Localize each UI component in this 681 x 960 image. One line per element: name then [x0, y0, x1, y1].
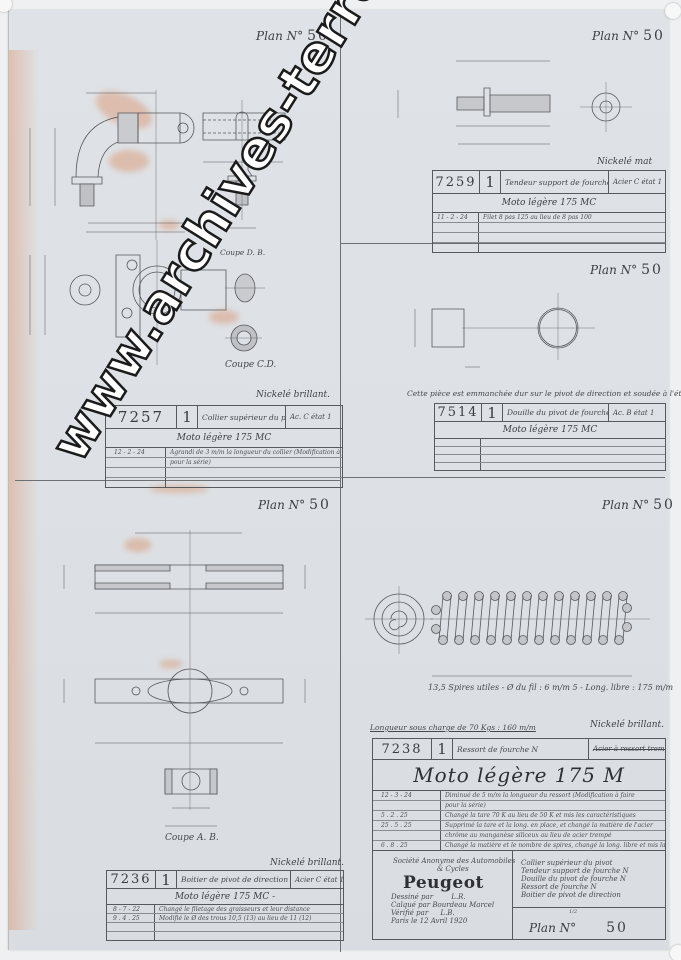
ressort-spring-drawing	[365, 586, 650, 676]
spring-spec: 13,5 Spires utiles - Ø du fil : 6 m/m 5 …	[428, 683, 673, 692]
modification-row	[435, 447, 665, 455]
model-name: Moto légère 175 MC	[106, 429, 342, 448]
parts-list-item: Douille du pivot de fourche N	[521, 875, 665, 883]
modifications-table: 12 - 2 - 24Agrandi de 3 m/m la longueur …	[106, 448, 342, 487]
modification-row: chrôme au manganèse siliceux au lieu de …	[373, 831, 665, 841]
checked-by: Vérifié par L.B.	[391, 909, 512, 917]
plan-number-footer: Plan N°50	[529, 920, 628, 936]
part-quantity: 1	[432, 739, 453, 759]
part-number: 7259	[433, 171, 480, 193]
section-label-cd: Coupe C.D.	[225, 360, 276, 370]
parts-list-block: Collier supérieur du pivot Tendeur suppo…	[513, 851, 665, 939]
douille-bushing-drawing	[415, 293, 595, 367]
part-description: Boitier de pivot de direction	[177, 871, 291, 888]
parts-list-item: Boitier de pivot de direction	[521, 891, 665, 899]
part-quantity: 1	[177, 406, 198, 428]
section-label-ab: Coupe A. B.	[165, 833, 219, 843]
modification-row: 6 . 8 . 25Changé la matière et le nombre…	[373, 841, 665, 851]
main-title-block: Société Anonyme des Automobiles & Cycles…	[373, 851, 665, 939]
part-number: 7236	[107, 871, 156, 888]
part-material: Acier C état 1	[291, 871, 343, 888]
titleblock-7236: 7236 1 Boitier de pivot de direction Aci…	[106, 870, 344, 941]
finish-note-7259: Nickelé mat	[597, 157, 652, 167]
part-quantity: 1	[480, 171, 501, 193]
modification-row	[107, 932, 343, 940]
modifications-table: 12 - 3 - 24Diminué de 5 m/m la longueur …	[373, 791, 665, 851]
section-ab-drawing	[165, 769, 217, 826]
boitier-drawing	[64, 530, 305, 810]
modification-row	[435, 463, 665, 470]
spring-load-note: Longueur sous charge de 70 Kgs : 160 m/m	[370, 723, 536, 732]
company-block: Société Anonyme des Automobiles & Cycles…	[373, 851, 513, 939]
modification-row: pour la série)	[106, 458, 342, 468]
modification-row: 12 - 2 - 24Agrandi de 3 m/m la longueur …	[106, 448, 342, 458]
part-description: Ressort de fourche N	[453, 739, 589, 759]
modification-row	[433, 233, 665, 243]
model-name: Moto légère 175 MC -	[107, 889, 343, 905]
part-material: Ac. B état 1	[609, 404, 665, 421]
part-description: Collier supérieur du pivot	[198, 406, 286, 428]
modification-row: 11 - 2 - 24Filet 8 pas 125 au lieu de 8 …	[433, 213, 665, 223]
modification-row	[106, 468, 342, 478]
section-cd-drawing	[225, 325, 262, 351]
plan-number-cell: 1/2 Plan N°50	[513, 908, 665, 939]
traced-by: Calqué par Bourdeau Marcel	[391, 901, 512, 909]
modification-row: 12 - 3 - 24Diminué de 5 m/m la longueur …	[373, 791, 665, 801]
part-material: Acier C état 1	[609, 171, 665, 193]
peugeot-logo: Peugeot	[391, 873, 512, 893]
part-material: Acier à ressort trempé	[589, 739, 665, 759]
parts-list-item: Collier supérieur du pivot	[521, 859, 665, 867]
modification-row	[435, 455, 665, 463]
part-quantity: 1	[482, 404, 503, 421]
modification-row	[435, 439, 665, 447]
part-description: Douille du pivot de fourche N	[503, 404, 609, 421]
modification-row	[433, 223, 665, 233]
part-quantity: 1	[156, 871, 177, 888]
modifications-table: 8 - 7 - 22Changé le filetage des graisse…	[107, 905, 343, 940]
model-name: Moto légère 175 MC	[433, 194, 665, 213]
titleblock-7259: 7259 1 Tendeur support de fourche N Acie…	[432, 170, 666, 253]
part-number: 7238	[373, 739, 432, 759]
part-description: Tendeur support de fourche N	[501, 171, 609, 193]
model-name: Moto légère 175 MC	[435, 422, 665, 439]
modification-row	[433, 243, 665, 252]
parts-list-item: Ressort de fourche N	[521, 883, 665, 891]
finish-note-7236: Nickelé brillant.	[270, 858, 344, 868]
modification-row: pour la série)	[373, 801, 665, 811]
modification-row: 9 . 4 . 25Modifié le Ø des trous 10,5 (1…	[107, 914, 343, 923]
modification-row	[106, 478, 342, 487]
section-db-drawing	[225, 274, 265, 302]
company-name: Société Anonyme des Automobiles	[391, 857, 512, 865]
sheet-fraction: 1/2	[569, 909, 577, 915]
drawing-date: Paris le 12 Avril 1920	[391, 917, 512, 925]
modifications-table	[435, 439, 665, 470]
douille-note: Cette pièce est emmanchée dur sur le piv…	[407, 389, 681, 398]
parts-list: Collier supérieur du pivot Tendeur suppo…	[513, 851, 665, 908]
modification-row: 8 - 7 - 22Changé le filetage des graisse…	[107, 905, 343, 914]
tendeur-bolt-drawing	[398, 61, 632, 144]
company-name-line2: & Cycles	[391, 865, 512, 873]
modification-row: 25 . 5 . 25Supprimé la tare et la long. …	[373, 821, 665, 831]
titleblock-7238: 7238 1 Ressort de fourche N Acier à ress…	[372, 738, 666, 940]
part-number: 7514	[435, 404, 482, 421]
titleblock-7514: 7514 1 Douille du pivot de fourche N Ac.…	[434, 403, 666, 471]
model-name-large: Moto légère 175 M	[373, 760, 665, 791]
part-material: Ac. C état 1	[286, 406, 342, 428]
finish-note-7238: Nickelé brillant.	[590, 720, 664, 730]
drawn-by: Dessiné par L.R.	[391, 893, 512, 901]
finish-note-7257: Nickelé brillant.	[256, 390, 330, 400]
collar-bent-arm-drawing	[30, 90, 194, 240]
modification-row: 5 . 2 . 25Changé la tare 70 K au lieu de…	[373, 811, 665, 821]
titleblock-7257: 7257 1 Collier supérieur du pivot Ac. C …	[105, 405, 343, 488]
modifications-table: 11 - 2 - 24Filet 8 pas 125 au lieu de 8 …	[433, 213, 665, 252]
modification-row	[107, 923, 343, 932]
parts-list-item: Tendeur support de fourche N	[521, 867, 665, 875]
